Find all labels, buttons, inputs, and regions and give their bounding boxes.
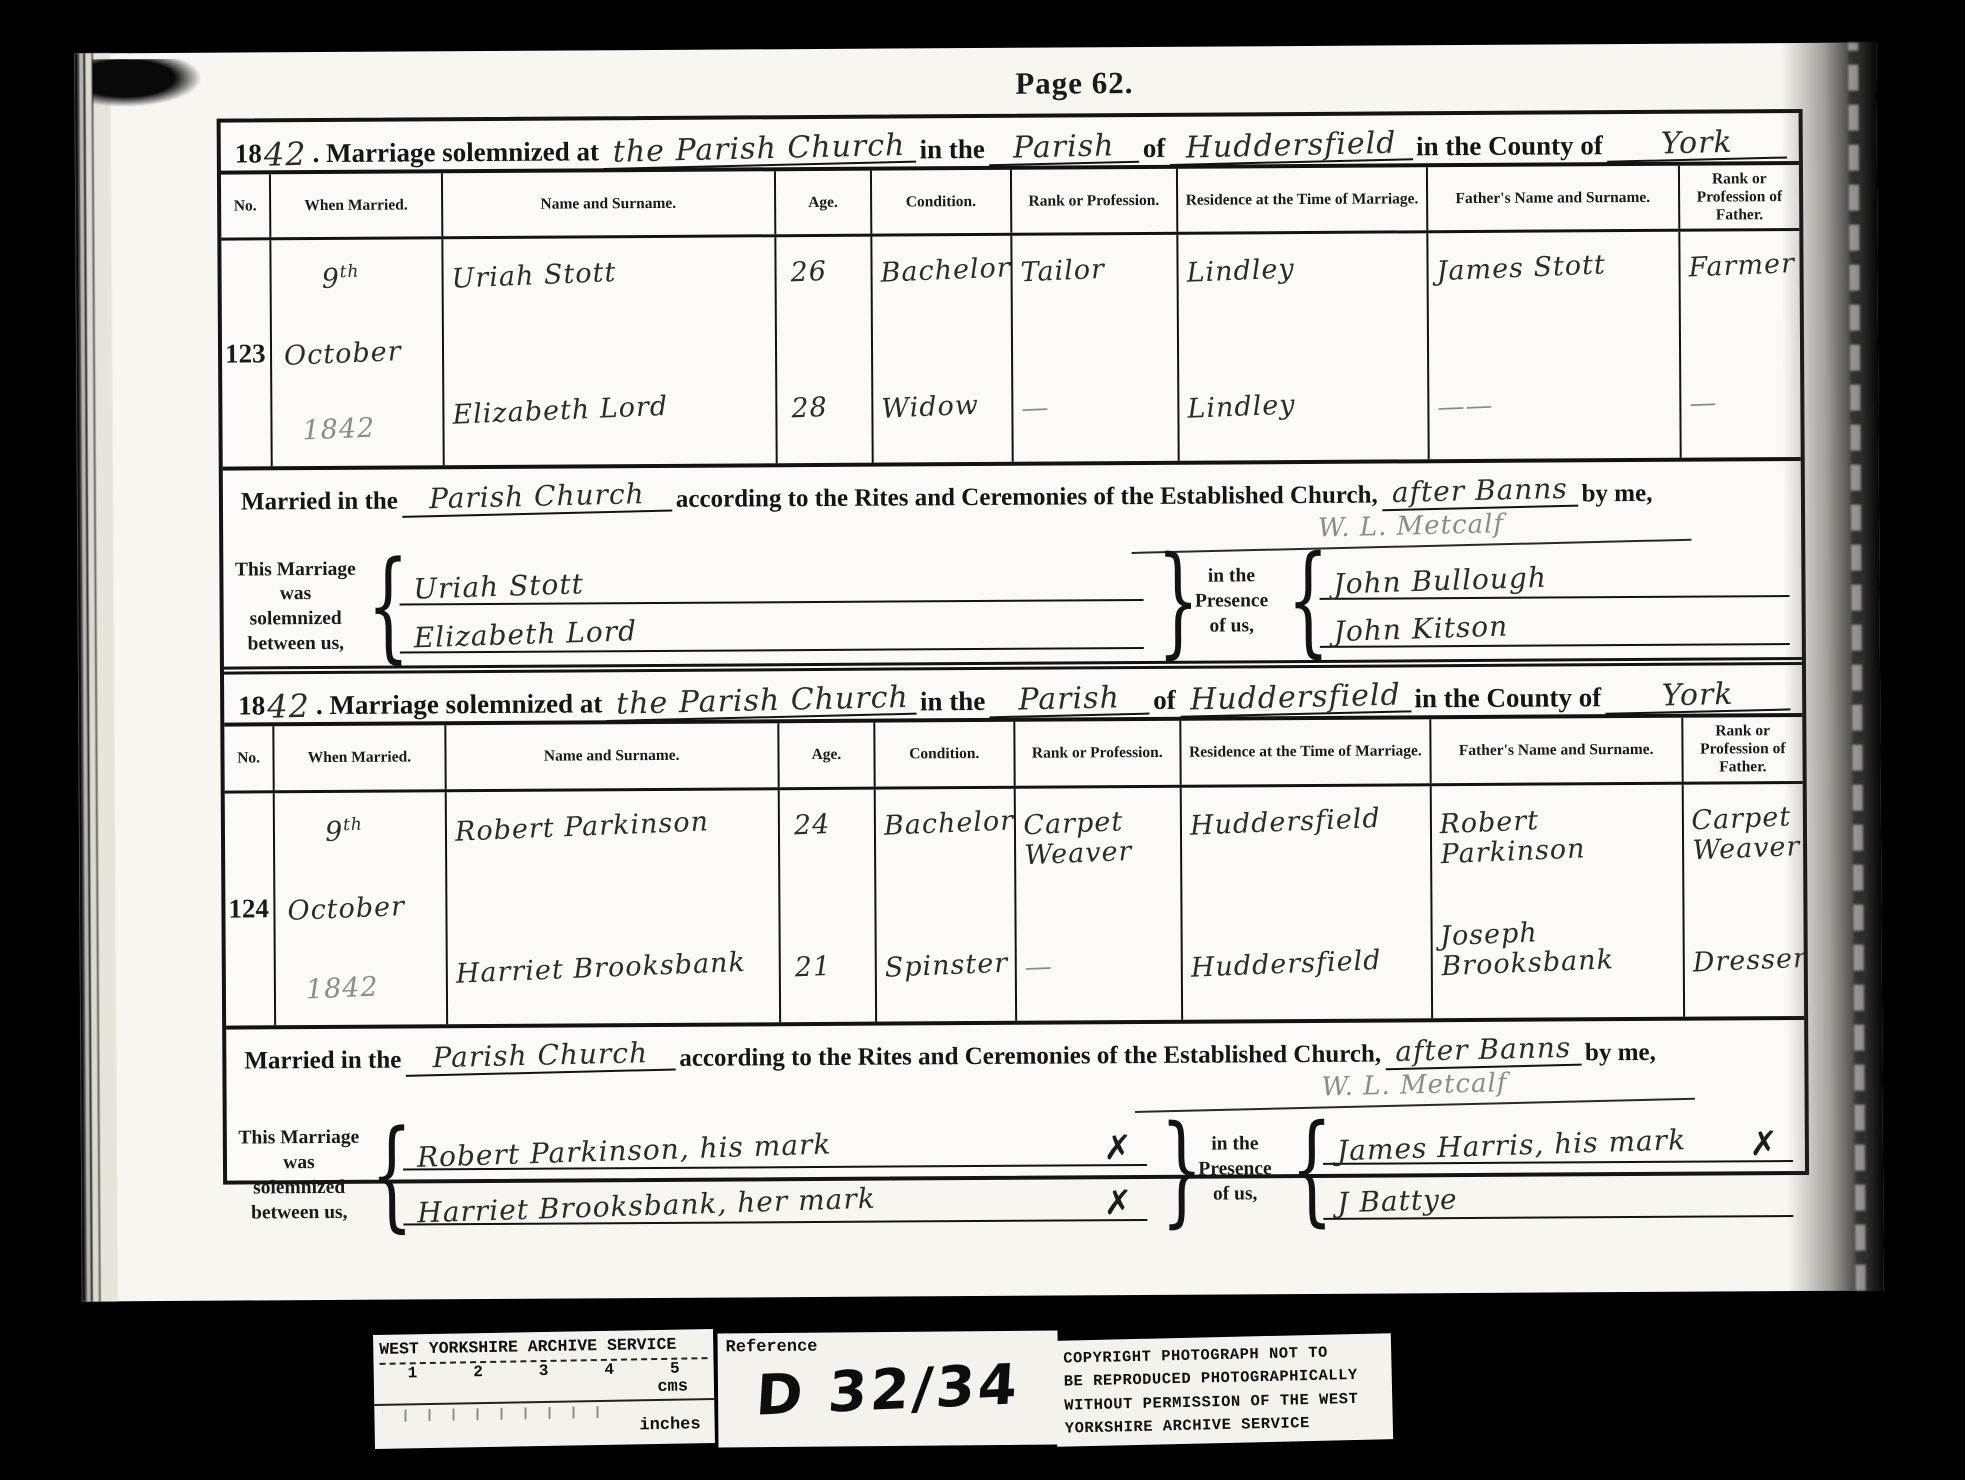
groom-signature-line: Robert Parkinson, his mark ✗	[403, 1121, 1147, 1171]
bride-condition: Spinster	[884, 949, 1007, 984]
of-label: of	[1139, 133, 1170, 164]
marriage-entry-123: 1842 . Marriage solemnized at the Parish…	[221, 113, 1802, 667]
bride-signature-line: Harriet Brooksbank, her mark ✗	[403, 1176, 1147, 1226]
reference-number: D 32/34	[716, 1351, 1061, 1431]
book-page-edges	[74, 53, 118, 1301]
rite-written: after Banns	[1385, 1031, 1582, 1071]
entry-123-solemnized-block: This Marriage was solemnized between us,…	[223, 545, 1802, 667]
col-header-father: Father's Name and Surname.	[1428, 166, 1680, 231]
of-label: of	[1149, 685, 1180, 716]
ages-cell: 26 28	[776, 237, 874, 464]
witness-signatures: James Harris, his mark ✗ J Battye	[1317, 1108, 1800, 1229]
county-written: York	[1606, 126, 1787, 162]
year-written: 42	[265, 691, 312, 722]
groom-profession: Carpet Weaver	[1022, 805, 1173, 871]
married-place-written: Parish Church	[405, 1035, 676, 1076]
parish-written: Parish	[989, 683, 1150, 719]
county-of-label: in the County of	[1410, 683, 1605, 715]
married-in-the-label: Married in the	[240, 1046, 405, 1075]
col-header-age: Age.	[776, 171, 873, 235]
year-written: 42	[261, 139, 308, 170]
bride-age: 28	[791, 392, 864, 425]
close-brace: }	[1157, 557, 1176, 647]
entry-124-solemnized-block: This Marriage was solemnized between us,…	[227, 1104, 1806, 1246]
parish-written: Parish	[988, 131, 1139, 167]
document-page: Page 62. 1842 . Marriage solemnized at t…	[74, 43, 1884, 1302]
entry-123-heading: 1842 . Marriage solemnized at the Parish…	[221, 113, 1799, 175]
bride-age: 21	[794, 950, 867, 983]
groom-father-profession: Farmer	[1688, 250, 1793, 284]
col-header-no: No.	[221, 174, 272, 238]
bride-father: ——	[1437, 384, 1672, 424]
bride-profession: —	[1024, 947, 1174, 983]
col-header-name: Name and Surname.	[443, 171, 776, 236]
bride-signature-line: Elizabeth Lord	[400, 604, 1144, 654]
open-brace: {	[1290, 1125, 1309, 1215]
parish-name-written: Huddersfield	[1179, 681, 1410, 718]
bride-father-profession: —	[1688, 386, 1793, 420]
copyright-notice-card: COPYRIGHT PHOTOGRAPH NOT TO BE REPRODUCE…	[1055, 1333, 1393, 1447]
bride-mark: ✗	[1104, 1188, 1134, 1218]
groom-residence: Lindley	[1186, 250, 1419, 289]
groom-signature: Uriah Stott	[413, 569, 584, 604]
groom-condition: Bachelor	[883, 807, 1006, 842]
rites-label: according to the Rites and Ceremonies of…	[675, 1040, 1385, 1072]
witness-1-line: James Harris, his mark ✗	[1323, 1117, 1793, 1165]
bride-profession: —	[1020, 389, 1170, 425]
witness-2-signature: John Kitson	[1333, 611, 1508, 647]
archive-service-title: WEST YORKSHIRE ARCHIVE SERVICE	[373, 1329, 713, 1361]
witness-2-line: J Battye	[1323, 1172, 1793, 1220]
entry-124-heading: 1842 . Marriage solemnized at the Parish…	[224, 665, 1802, 727]
col-header-father: Father's Name and Surname.	[1431, 718, 1683, 783]
groom-profession: Tailor	[1019, 253, 1169, 289]
witness-2-line: John Kitson	[1320, 600, 1790, 648]
witness-1-signature: John Bullough	[1333, 563, 1547, 600]
groom-father-profession: Carpet Weaver	[1690, 802, 1796, 866]
col-header-no: No.	[224, 727, 275, 791]
scan-shadow-right	[1780, 43, 1884, 1292]
married-place-written: Parish Church	[401, 477, 672, 518]
groom-mark: ✗	[1103, 1133, 1133, 1163]
col-header-profession: Rank or Profession.	[1011, 169, 1178, 233]
bride-name: Harriet Brooksbank	[455, 947, 771, 990]
groom-signature-line: Uriah Stott	[399, 556, 1143, 606]
wedding-year: 1842	[302, 411, 439, 447]
in-the-label: in the	[916, 686, 989, 717]
col-header-profession: Rank or Profession.	[1015, 721, 1182, 785]
entry-124-row: 124 9th October 1842 Robert Parkinson Ha…	[225, 784, 1804, 1030]
conditions-cell: Bachelor Widow	[872, 236, 1013, 463]
entry-number: 124	[225, 793, 277, 1025]
marriage-register-form: 1842 . Marriage solemnized at the Parish…	[217, 109, 1809, 1185]
conditions-cell: Bachelor Spinster	[876, 789, 1017, 1022]
residences-cell: Lindley Lindley	[1178, 234, 1429, 462]
bride-father: Joseph Brooksbank	[1439, 913, 1675, 983]
bride-father-profession: Dresser	[1692, 944, 1797, 978]
entry-124-column-headers: No. When Married. Name and Surname. Age.…	[224, 717, 1802, 793]
scanned-marriage-register: { "page_label": "Page 62.", "columns": […	[0, 0, 1965, 1480]
rites-label: according to the Rites and Ceremonies of…	[672, 482, 1382, 514]
wedding-day: 9th	[321, 254, 438, 296]
married-in-the-label: Married in the	[237, 488, 402, 517]
scan-corner-artifact	[92, 59, 202, 108]
when-married-cell: 9th October 1842	[275, 792, 448, 1025]
witness-1-line: John Bullough	[1319, 552, 1789, 600]
bride-residence: Huddersfield	[1190, 944, 1423, 983]
col-header-residence: Residence at the Time of Marriage.	[1181, 720, 1431, 785]
couple-signatures: Robert Parkinson, his mark ✗ Harriet Bro…	[397, 1112, 1154, 1235]
groom-condition: Bachelor	[880, 254, 1003, 289]
residences-cell: Huddersfield Huddersfield	[1182, 786, 1433, 1020]
fathers-cell: Robert Parkinson Joseph Brooksbank	[1432, 785, 1685, 1019]
witness-1-signature: James Harris, his mark	[1337, 1125, 1687, 1166]
open-brace: {	[370, 1130, 389, 1220]
archive-scale-card: WEST YORKSHIRE ARCHIVE SERVICE 1 2 3 4 5…	[373, 1329, 715, 1449]
open-brace: {	[367, 562, 386, 652]
bride-signature: Elizabeth Lord	[413, 616, 637, 653]
witness-1-mark: ✗	[1749, 1129, 1779, 1159]
fathers-cell: James Stott ——	[1428, 232, 1681, 460]
this-marriage-label: This Marriage was solemnized between us,	[235, 1126, 364, 1227]
parish-name-written: Huddersfield	[1169, 128, 1412, 166]
marriage-entry-124: 1842 . Marriage solemnized at the Parish…	[224, 657, 1806, 1245]
col-header-when-married: When Married.	[274, 726, 446, 790]
couple-signatures: Uriah Stott Elizabeth Lord	[393, 553, 1150, 656]
groom-father: Robert Parkinson	[1439, 801, 1675, 871]
groom-signature: Robert Parkinson, his mark	[417, 1130, 832, 1173]
county-written: York	[1605, 679, 1791, 715]
col-header-condition: Condition.	[872, 170, 1012, 234]
col-header-name: Name and Surname.	[446, 724, 779, 789]
witness-signatures: John Bullough John Kitson	[1313, 549, 1796, 650]
names-cell: Robert Parkinson Harriet Brooksbank	[446, 790, 780, 1024]
groom-age: 24	[793, 808, 866, 841]
wedding-month: October	[287, 891, 442, 927]
bride-condition: Widow	[881, 390, 1004, 425]
church-written: the Parish Church	[606, 683, 916, 722]
entry-123-column-headers: No. When Married. Name and Surname. Age.…	[221, 165, 1799, 241]
by-me-label: by me,	[1581, 1039, 1660, 1067]
ages-cell: 24 21	[779, 790, 877, 1023]
solemnized-at-label: . Marriage solemnized at	[312, 689, 607, 722]
entry-number: 123	[221, 241, 273, 467]
close-brace: }	[1160, 1126, 1179, 1216]
when-married-cell: 9th October 1842	[272, 240, 445, 467]
entry-123-row: 123 9th October 1842 Uriah Stott Elizabe…	[221, 231, 1800, 471]
rite-written: after Banns	[1381, 472, 1578, 512]
col-header-condition: Condition.	[875, 722, 1015, 786]
witness-2-signature: J Battye	[1337, 1184, 1458, 1218]
groom-father: James Stott	[1436, 248, 1671, 288]
groom-age: 26	[790, 256, 863, 289]
col-header-age: Age.	[779, 723, 876, 787]
reference-card: Reference D 32/34	[718, 1331, 1059, 1448]
bride-name: Elizabeth Lord	[452, 388, 768, 431]
professions-cell: Carpet Weaver —	[1015, 788, 1183, 1021]
open-brace: {	[1287, 556, 1306, 646]
col-header-when-married: When Married.	[271, 173, 443, 237]
groom-name: Uriah Stott	[451, 252, 767, 295]
col-header-residence: Residence at the Time of Marriage.	[1178, 167, 1428, 232]
county-of-label: in the County of	[1412, 130, 1607, 162]
solemnized-at-label: . Marriage solemnized at	[308, 136, 603, 169]
wedding-year: 1842	[306, 970, 443, 1006]
this-marriage-label: This Marriage was solemnized between us,	[231, 557, 360, 658]
bride-signature: Harriet Brooksbank, her mark	[417, 1183, 876, 1228]
wedding-day: 9th	[324, 806, 441, 848]
church-written: the Parish Church	[603, 131, 916, 170]
professions-cell: Tailor —	[1012, 235, 1180, 462]
groom-residence: Huddersfield	[1189, 802, 1422, 841]
groom-name: Robert Parkinson	[454, 805, 770, 848]
by-me-label: by me,	[1577, 480, 1656, 508]
wedding-month: October	[284, 336, 439, 372]
names-cell: Uriah Stott Elizabeth Lord	[443, 238, 777, 466]
page-number: Page 62.	[954, 65, 1194, 102]
bride-residence: Lindley	[1187, 386, 1420, 425]
inches-label: inches	[374, 1400, 715, 1444]
in-the-label: in the	[915, 134, 988, 165]
